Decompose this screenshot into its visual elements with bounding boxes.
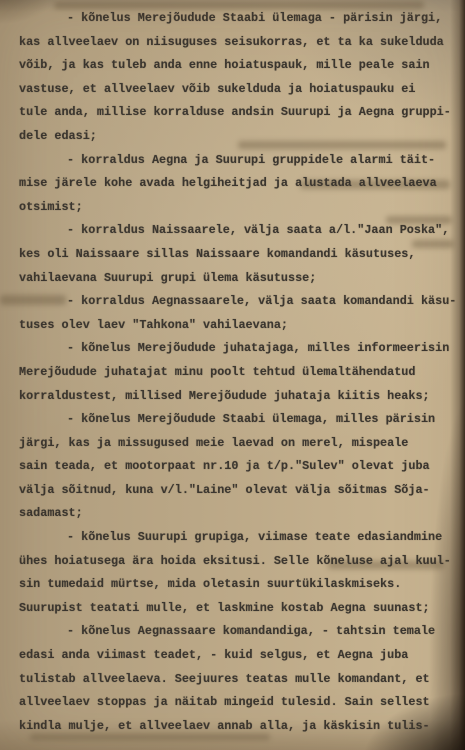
paragraph-6: - kõnelus Merejõudude Staabi ülemaga, mi… — [19, 408, 463, 526]
typewritten-text: - kõnelus Merejõudude Staabi ülemaga - p… — [19, 7, 463, 738]
paragraph-5: - kõnelus Merejõudude juhatajaga, milles… — [19, 337, 463, 408]
paragraph-4: - korraldus Aegnassaarele, välja saata k… — [19, 290, 463, 337]
paragraph-2: - korraldus Aegna ja Suurupi gruppidele … — [19, 149, 463, 220]
paragraph-3: - korraldus Naissaarele, välja saata a/l… — [19, 219, 463, 290]
paragraph-7: - kõnelus Suurupi grupiga, viimase teate… — [19, 526, 463, 620]
paragraph-8: - kõnelus Aegnassaare komandandiga, - ta… — [19, 620, 463, 738]
paragraph-1: - kõnelus Merejõudude Staabi ülemaga - p… — [19, 7, 463, 149]
document-page: - kõnelus Merejõudude Staabi ülemaga - p… — [0, 0, 465, 750]
